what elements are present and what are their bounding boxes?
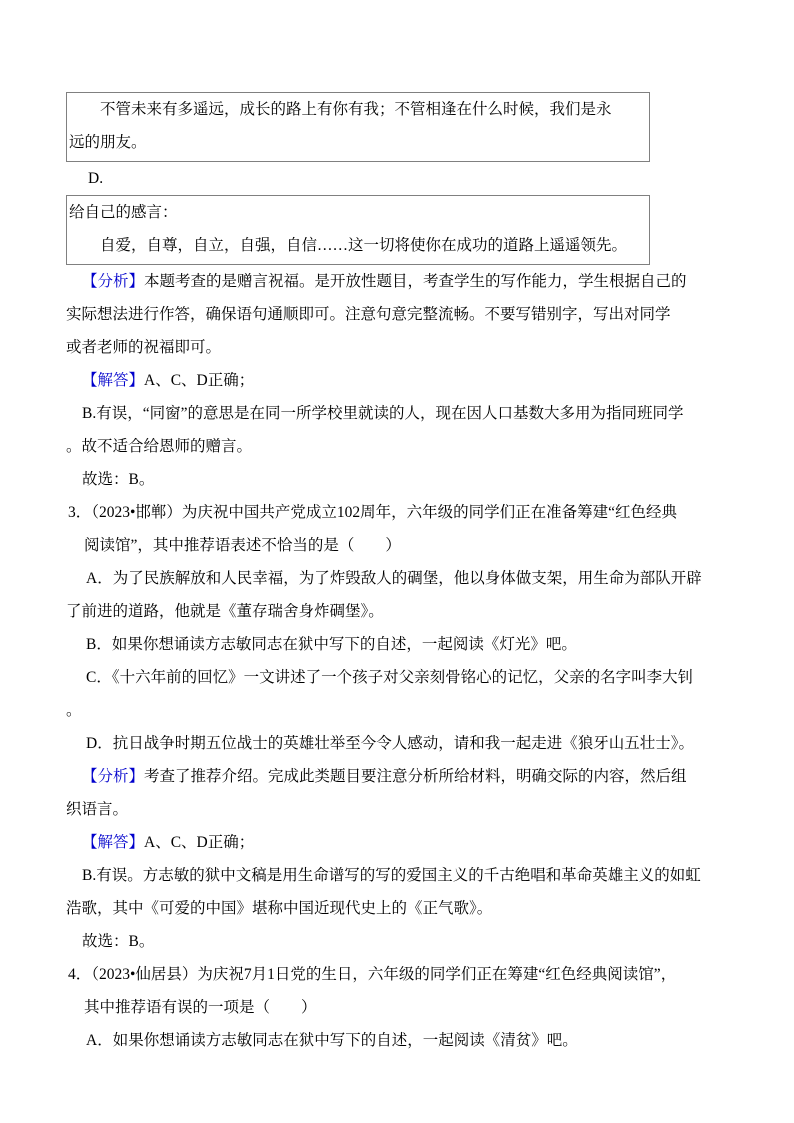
prev-option-c-box: 不管未来有多遥远，成长的路上有你有我；不管相逢在什么时候，我们是永 远的朋友。: [66, 92, 650, 162]
question-4-option-a: A．如果你想诵读方志敏同志在狱中写下的自述，一起阅读《清贫》吧。: [66, 1024, 768, 1057]
q3-conclusion: 故选：B。: [66, 925, 768, 958]
prev-answer-text: A、C、D正确；: [144, 372, 254, 389]
question-3-option-a: A．为了民族解放和人民幸福，为了炸毁敌人的碉堡，他以身体做支架，用生命为部队开辟…: [66, 562, 768, 628]
prev-option-d-label: D.: [66, 162, 768, 195]
answer-tag: 【解答】: [82, 372, 144, 389]
q3-analysis-text: 考查了推荐介绍。完成此类题目要注意分析所给材料，明确交际的内容，然后组 织语言。: [66, 768, 687, 818]
q3-answer-paragraph: 【解答】A、C、D正确；: [66, 826, 768, 859]
prev-option-d-box: 给自己的感言： 自爱，自尊，自立，自强，自信……这一切将使你在成功的道路上遥遥领…: [66, 195, 650, 265]
prev-answer-detail: B.有误，“同窗”的意思是在同一所学校里就读的人，现在因人口基数大多用为指同班同…: [66, 397, 768, 463]
analysis-tag: 【分析】: [82, 273, 144, 290]
prev-answer-paragraph: 【解答】A、C、D正确；: [66, 364, 768, 397]
question-4-stem: 4．（2023•仙居县）为庆祝7月1日党的生日，六年级的同学们正在筹建“红色经典…: [66, 958, 768, 1024]
q3-answer-detail: B.有误。方志敏的狱中文稿是用生命谱写的写的爱国主义的千古绝唱和革命英雄主义的如…: [66, 859, 768, 925]
prev-option-d-text: 给自己的感言： 自爱，自尊，自立，自强，自信……这一切将使你在成功的道路上遥遥领…: [69, 196, 647, 262]
analysis-tag: 【分析】: [82, 768, 144, 785]
question-3-option-b: B．如果你想诵读方志敏同志在狱中写下的自述，一起阅读《灯光》吧。: [66, 628, 768, 661]
q3-answer-text: A、C、D正确；: [144, 834, 254, 851]
prev-analysis-paragraph: 【分析】本题考查的是赠言祝福。是开放性题目，考查学生的写作能力，学生根据自己的 …: [66, 265, 768, 364]
prev-option-c-text: 不管未来有多遥远，成长的路上有你有我；不管相逢在什么时候，我们是永 远的朋友。: [69, 93, 647, 159]
q3-analysis-paragraph: 【分析】考查了推荐介绍。完成此类题目要注意分析所给材料，明确交际的内容，然后组 …: [66, 760, 768, 826]
answer-tag: 【解答】: [82, 834, 144, 851]
question-3-option-c: C．《十六年前的回忆》一文讲述了一个孩子对父亲刻骨铭心的记忆，父亲的名字叫李大钊…: [66, 661, 768, 727]
prev-analysis-text: 本题考查的是赠言祝福。是开放性题目，考查学生的写作能力，学生根据自己的 实际想法…: [66, 273, 687, 356]
question-3-stem: 3．（2023•邯郸）为庆祝中国共产党成立102周年，六年级的同学们正在准备筹建…: [66, 496, 768, 562]
prev-conclusion: 故选：B。: [66, 463, 768, 496]
question-3-option-d: D．抗日战争时期五位战士的英雄壮举至今令人感动，请和我一起走进《狼牙山五壮士》。: [66, 727, 768, 760]
document-page: 不管未来有多遥远，成长的路上有你有我；不管相逢在什么时候，我们是永 远的朋友。 …: [0, 0, 794, 1123]
